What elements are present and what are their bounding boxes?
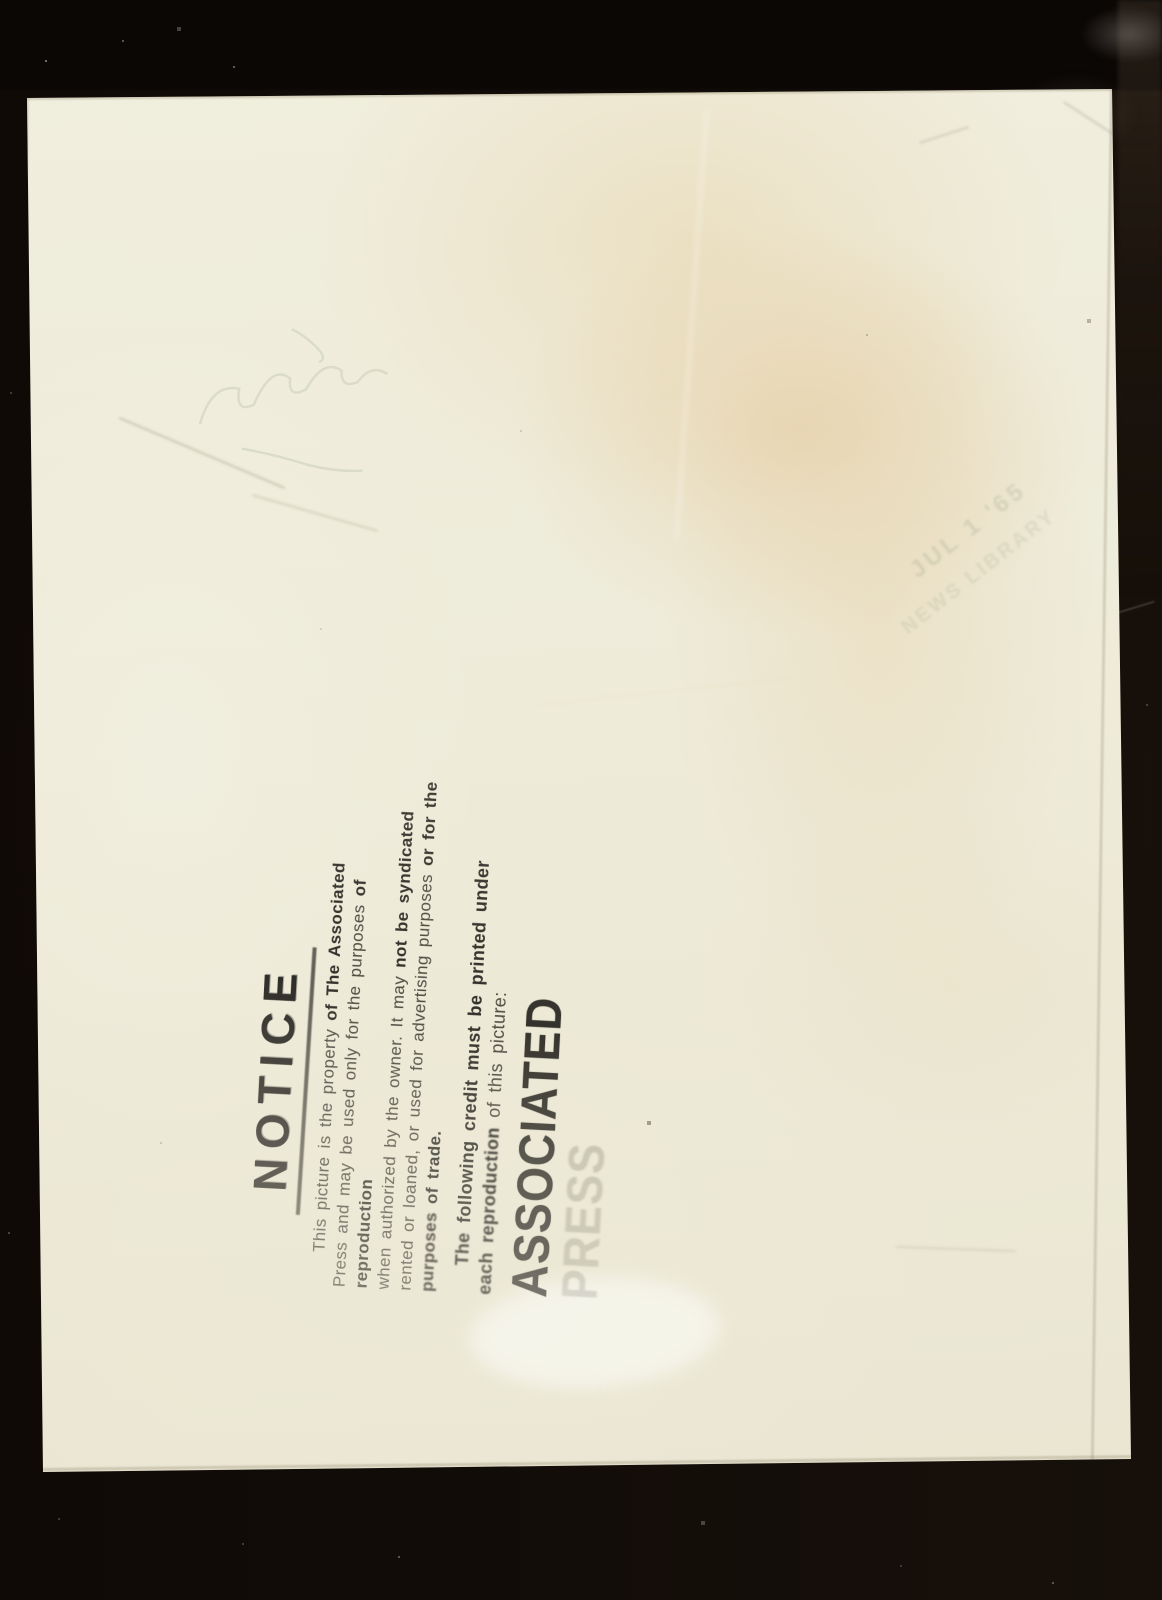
paper-edge-shadow xyxy=(1091,89,1113,1460)
crease-mark xyxy=(252,494,378,532)
notice-stamp-area: NOTICE This picture is the property of T… xyxy=(253,772,625,1292)
registration-line: REG. U. S. PATENT OFFICE xyxy=(671,785,712,1156)
ap-notice-stamp: NOTICE This picture is the property of T… xyxy=(240,763,639,1302)
photo-paper-back: JUL 1 '65 NEWS LIBRARY NOTICE This pictu… xyxy=(0,0,1162,1600)
faint-pencil-scribble xyxy=(163,294,428,509)
crease-highlight xyxy=(541,676,800,705)
crease-mark xyxy=(919,126,969,144)
notice-body-paragraph: This picture is the property of The Asso… xyxy=(307,766,466,1292)
ap-credit-line-1: ASSOCIATED PRESS xyxy=(504,828,628,1301)
dust-specks xyxy=(0,0,2,2)
crease-mark xyxy=(896,1246,1016,1252)
notice-heading: NOTICE xyxy=(244,763,316,1193)
faint-press-word: PRESS xyxy=(551,1141,615,1301)
scanned-press-photo-verso: JUL 1 '65 NEWS LIBRARY NOTICE This pictu… xyxy=(0,0,1162,1600)
crease-highlight xyxy=(675,110,708,539)
